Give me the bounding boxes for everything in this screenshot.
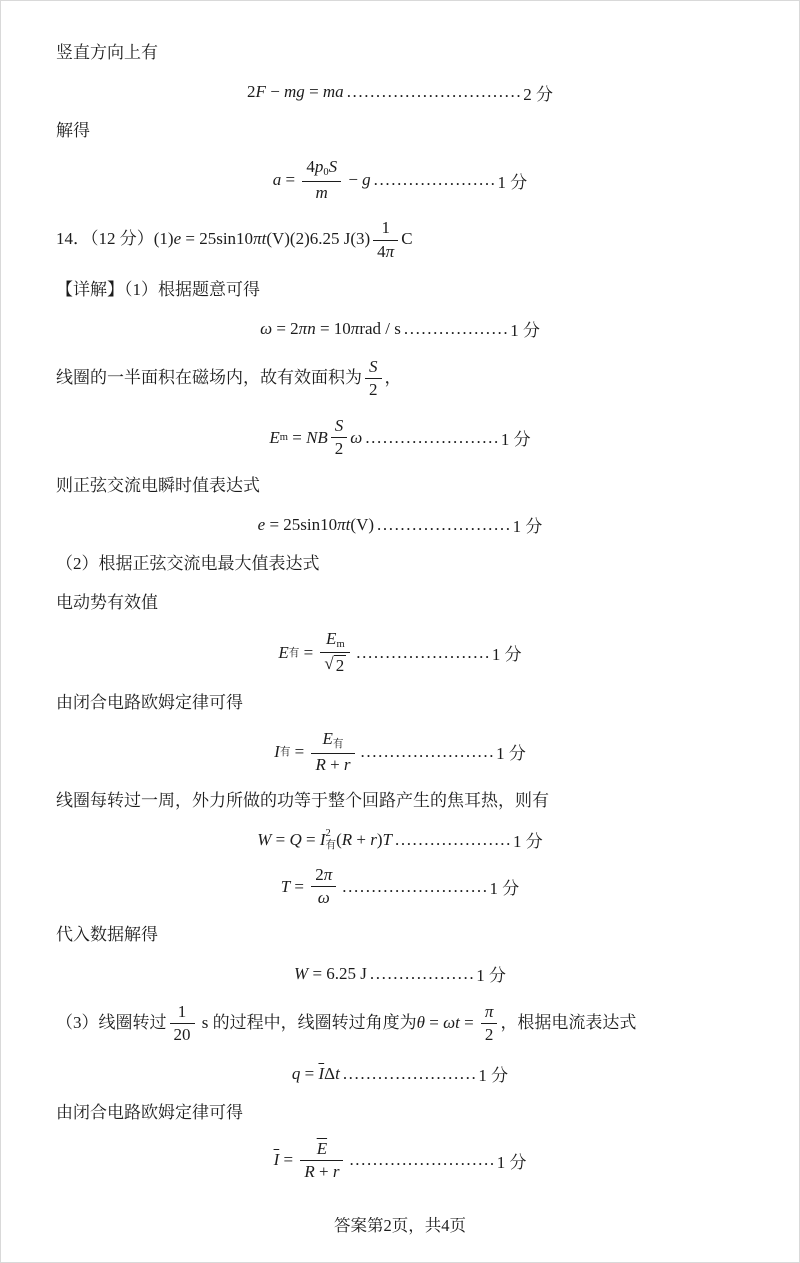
math-text: 电动势有效值 — [56, 593, 158, 612]
math-text: = — [302, 830, 320, 850]
math-text: + — [352, 830, 370, 850]
math-text: 由闭合电路欧姆定律可得 — [56, 1103, 243, 1122]
math-text: ω — [350, 428, 362, 448]
math-text: E — [278, 643, 288, 663]
math-text: = — [460, 1013, 478, 1032]
math-text: ω — [318, 888, 330, 907]
math-text: W — [257, 830, 271, 850]
math-text: 代入数据解得 — [56, 925, 158, 944]
fraction-numerator: 1 — [170, 1002, 195, 1024]
math-text: 1 — [178, 1002, 187, 1021]
score-label: 1 分 — [513, 827, 543, 852]
math-fraction: 120 — [170, 1002, 195, 1046]
formula-math: e = 25sin10πt(V) — [258, 515, 374, 535]
math-fraction: 2πω — [311, 865, 336, 909]
formula-math: q = IΔt — [292, 1064, 340, 1084]
math-text: = 6.25 J — [308, 964, 367, 984]
math-text: （3）线圈转过 — [56, 1013, 167, 1032]
math-fraction: π2 — [481, 1002, 498, 1046]
page-footer: 答案第2页，共4页 — [1, 1212, 799, 1236]
math-text: (V) — [350, 515, 374, 535]
math-fraction: 4p0Sm — [302, 157, 341, 203]
math-text: 【详解】（1）根据题意可得 — [56, 280, 260, 299]
math-text: ma — [323, 82, 344, 102]
math-text: = — [279, 1150, 297, 1170]
fraction-denominator: 2 — [481, 1024, 498, 1045]
fraction-numerator: 2π — [311, 865, 336, 887]
para-ohms-law-1: 由闭合电路欧姆定律可得 — [56, 690, 744, 716]
answer-document-page: 竖直方向上有2F − mg = ma......................… — [0, 0, 800, 1263]
para-substitute-data: 代入数据解得 — [56, 922, 744, 948]
math-text: πt — [337, 515, 350, 535]
math-text: E — [269, 428, 279, 448]
formula-math: W = 6.25 J — [294, 964, 367, 984]
math-text: π — [485, 1002, 494, 1021]
eq-work-value: W = 6.25 J..................1 分 — [56, 961, 744, 987]
para-half-area: 线圈的一半面积在磁场内，故有效面积为S2， — [56, 355, 744, 403]
math-text: T — [383, 830, 392, 850]
math-text: 2 — [336, 656, 345, 675]
math-text: F — [256, 82, 266, 102]
para-part-3: （3）线圈转过120 s 的过程中，线圈转过角度为θ = ωt = π2，根据电… — [56, 1000, 744, 1048]
fraction-denominator: m — [302, 182, 341, 203]
math-text: e — [174, 229, 182, 248]
leader-dots: ..................... — [374, 170, 497, 190]
formula-math: E有 = Em√2 — [278, 629, 353, 677]
score-label: 1 分 — [478, 1061, 508, 1086]
para-part-2: （2）根据正弦交流电最大值表达式 — [56, 551, 744, 577]
eq-angular-frequency: ω = 2πn = 10πrad / s..................1 … — [56, 316, 744, 342]
math-text: + — [326, 755, 344, 774]
fraction-numerator: S — [365, 357, 382, 379]
formula-math: T = 2πω — [281, 865, 340, 909]
fraction-denominator: R + r — [300, 1161, 343, 1182]
math-text: = — [271, 830, 289, 850]
math-text: s 的过程中，线圈转过角度为 — [198, 1013, 417, 1032]
leader-dots: .............................. — [347, 82, 523, 102]
math-subscript: m — [336, 639, 344, 650]
eq-average-current: I = ER + r.........................1 分 — [56, 1139, 744, 1183]
math-text: π — [324, 865, 333, 884]
score-label: 1 分 — [490, 874, 520, 899]
fraction-denominator: 2 — [365, 379, 382, 400]
fraction-numerator: π — [481, 1002, 498, 1024]
math-text: 2 — [315, 865, 324, 884]
math-text: = — [300, 1064, 318, 1084]
math-text: = 10 — [316, 319, 351, 339]
para-emf-rms-label: 电动势有效值 — [56, 590, 744, 616]
math-text: mg — [284, 82, 305, 102]
eq-instantaneous-emf: e = 25sin10πt(V).......................1… — [56, 512, 744, 538]
score-label: 1 分 — [501, 425, 531, 450]
math-text: πt — [253, 229, 266, 248]
leader-dots: ....................... — [361, 742, 496, 762]
fraction-numerator: E — [300, 1139, 343, 1161]
fraction-denominator: 4π — [373, 241, 398, 262]
math-text: 2 — [485, 1025, 494, 1044]
fraction-numerator: 1 — [373, 218, 398, 240]
math-text: ω — [260, 319, 272, 339]
math-text: π — [351, 319, 360, 339]
math-text: = — [281, 170, 299, 190]
formula-math: I = ER + r — [274, 1139, 347, 1183]
math-text: (V)(2)6.25 J(3) — [266, 229, 370, 248]
math-text: 2 — [335, 439, 344, 458]
document-body: 竖直方向上有2F − mg = ma......................… — [56, 40, 744, 1182]
math-text: NB — [306, 428, 328, 448]
math-text: R — [315, 755, 325, 774]
score-label: 1 分 — [476, 961, 506, 986]
math-text: = 25sin10 — [265, 515, 337, 535]
eq-charge: q = IΔt.......................1 分 — [56, 1061, 744, 1087]
math-text: πn — [299, 319, 316, 339]
math-text: r — [370, 830, 377, 850]
fraction-denominator: R + r — [311, 754, 354, 775]
para-question-14-answers: 14．（12 分）(1)e = 25sin10πt(V)(2)6.25 J(3)… — [56, 216, 744, 264]
math-text: 4 — [306, 157, 315, 176]
math-fraction: 14π — [373, 218, 398, 262]
leader-dots: ......................... — [349, 1150, 495, 1170]
formula-math: ω = 2πn = 10πrad / s — [260, 319, 401, 339]
fraction-denominator: 20 — [170, 1024, 195, 1045]
math-text: = 25sin10 — [181, 229, 253, 248]
math-text: g — [362, 170, 371, 190]
para-detail-part-1: 【详解】（1）根据题意可得 — [56, 277, 744, 303]
leader-dots: ....................... — [343, 1064, 478, 1084]
formula-math: a = 4p0Sm − g — [273, 157, 371, 203]
formula-math: Em = NBS2ω — [269, 416, 362, 460]
math-text: ，根据电流表达式 — [500, 1013, 636, 1032]
sqrt-sign: √ — [324, 655, 333, 676]
math-text: π — [386, 242, 395, 261]
eq-newton-second-law: 2F − mg = ma............................… — [56, 79, 744, 105]
math-text: e — [258, 515, 266, 535]
math-text: a — [273, 170, 282, 190]
math-text: q — [292, 1064, 301, 1084]
math-text: ， — [385, 368, 402, 387]
math-text: 4 — [377, 242, 386, 261]
math-text: − — [266, 82, 284, 102]
eq-peak-emf: Em = NBS2ω.......................1 分 — [56, 416, 744, 460]
leader-dots: ....................... — [365, 428, 500, 448]
math-subscript: 有 — [289, 645, 300, 660]
math-text: θ — [417, 1013, 425, 1032]
para-vertical-direction: 竖直方向上有 — [56, 40, 744, 66]
math-text: r — [333, 1162, 340, 1181]
score-label: 1 分 — [513, 512, 543, 537]
fraction-numerator: S — [331, 416, 348, 438]
math-superscript: 2 — [326, 828, 337, 840]
math-text: Q — [290, 830, 302, 850]
score-label: 1 分 — [497, 1148, 527, 1173]
math-sqrt: √2 — [324, 655, 346, 676]
para-instantaneous-expression: 则正弦交流电瞬时值表达式 — [56, 473, 744, 499]
leader-dots: .................... — [395, 830, 512, 850]
math-text: S — [369, 357, 378, 376]
formula-math: I有 = E有R + r — [274, 729, 357, 775]
fraction-numerator: E有 — [311, 729, 354, 754]
math-text: （2）根据正弦交流电最大值表达式 — [56, 554, 320, 573]
math-supsub: 2有 — [326, 828, 337, 852]
score-label: 1 分 — [510, 316, 540, 341]
math-text: 由闭合电路欧姆定律可得 — [56, 693, 243, 712]
math-subscript: 有 — [333, 739, 344, 750]
math-text: = — [288, 428, 306, 448]
fraction-denominator: √2 — [320, 653, 350, 676]
formula-math: W = Q = I2有(R + r)T — [257, 828, 392, 852]
math-text: 则正弦交流电瞬时值表达式 — [56, 476, 260, 495]
math-subscript: 有 — [280, 744, 291, 759]
fraction-numerator: Em — [320, 629, 350, 654]
score-label: 1 分 — [498, 168, 528, 193]
math-text: S — [335, 416, 344, 435]
math-text: 线圈每转过一周，外力所做的功等于整个回路产生的焦耳热，则有 — [56, 791, 549, 810]
sqrt-argument: 2 — [334, 655, 347, 676]
para-work-equals-heat: 线圈每转过一周，外力所做的功等于整个回路产生的焦耳热，则有 — [56, 788, 744, 814]
math-text: 2 — [247, 82, 256, 102]
fraction-denominator: 2 — [331, 438, 348, 459]
score-label: 2 分 — [523, 80, 553, 105]
leader-dots: .................. — [404, 319, 509, 339]
math-text: Δ — [324, 1064, 335, 1084]
math-text: W — [294, 964, 308, 984]
leader-dots: ....................... — [356, 643, 491, 663]
math-text: rad / s — [359, 319, 401, 339]
math-text: R — [342, 830, 352, 850]
math-text: ωt — [443, 1013, 460, 1032]
math-text: = — [290, 742, 308, 762]
math-text: E — [326, 629, 336, 648]
math-text: 解得 — [56, 121, 90, 140]
math-text: m — [316, 183, 328, 202]
leader-dots: .................. — [370, 964, 475, 984]
math-text: 14．（12 分）(1) — [56, 229, 174, 248]
para-solve: 解得 — [56, 118, 744, 144]
fraction-numerator: 4p0S — [302, 157, 341, 182]
math-text: − — [344, 170, 362, 190]
math-text: C — [401, 229, 412, 248]
math-text: T — [281, 877, 290, 897]
math-subscript: m — [280, 432, 288, 443]
math-text: 1 — [381, 218, 390, 237]
math-text: = — [299, 643, 317, 663]
math-text: = — [290, 877, 308, 897]
math-subscript: 有 — [326, 840, 337, 852]
formula-math: 2F − mg = ma — [247, 82, 344, 102]
math-text: + — [315, 1162, 333, 1181]
math-text: = — [305, 82, 323, 102]
math-text: 20 — [174, 1025, 191, 1044]
eq-rms-emf: E有 = Em√2.......................1 分 — [56, 629, 744, 677]
score-label: 1 分 — [496, 739, 526, 764]
math-text: S — [329, 157, 338, 176]
math-text: 线圈的一半面积在磁场内，故有效面积为 — [56, 368, 362, 387]
eq-rms-current: I有 = E有R + r.......................1 分 — [56, 729, 744, 775]
math-fraction: S2 — [365, 357, 382, 401]
math-fraction: ER + r — [300, 1139, 343, 1183]
eq-work-heat: W = Q = I2有(R + r)T....................1… — [56, 827, 744, 853]
math-text: R — [304, 1162, 314, 1181]
leader-dots: ....................... — [377, 515, 512, 535]
math-text: r — [344, 755, 351, 774]
math-text: 2 — [369, 380, 378, 399]
score-label: 1 分 — [492, 640, 522, 665]
leader-dots: ......................... — [342, 877, 488, 897]
math-fraction: E有R + r — [311, 729, 354, 775]
math-text: = 2 — [272, 319, 299, 339]
eq-acceleration: a = 4p0Sm − g.....................1 分 — [56, 157, 744, 203]
para-ohms-law-2: 由闭合电路欧姆定律可得 — [56, 1100, 744, 1126]
math-text: t — [335, 1064, 340, 1084]
math-fraction: S2 — [331, 416, 348, 460]
eq-period: T = 2πω.........................1 分 — [56, 865, 744, 909]
math-text: 竖直方向上有 — [56, 43, 158, 62]
math-text: E — [323, 729, 333, 748]
math-text: E — [317, 1139, 327, 1158]
fraction-denominator: ω — [311, 887, 336, 908]
math-text: = — [425, 1013, 443, 1032]
math-fraction: Em√2 — [320, 629, 350, 677]
